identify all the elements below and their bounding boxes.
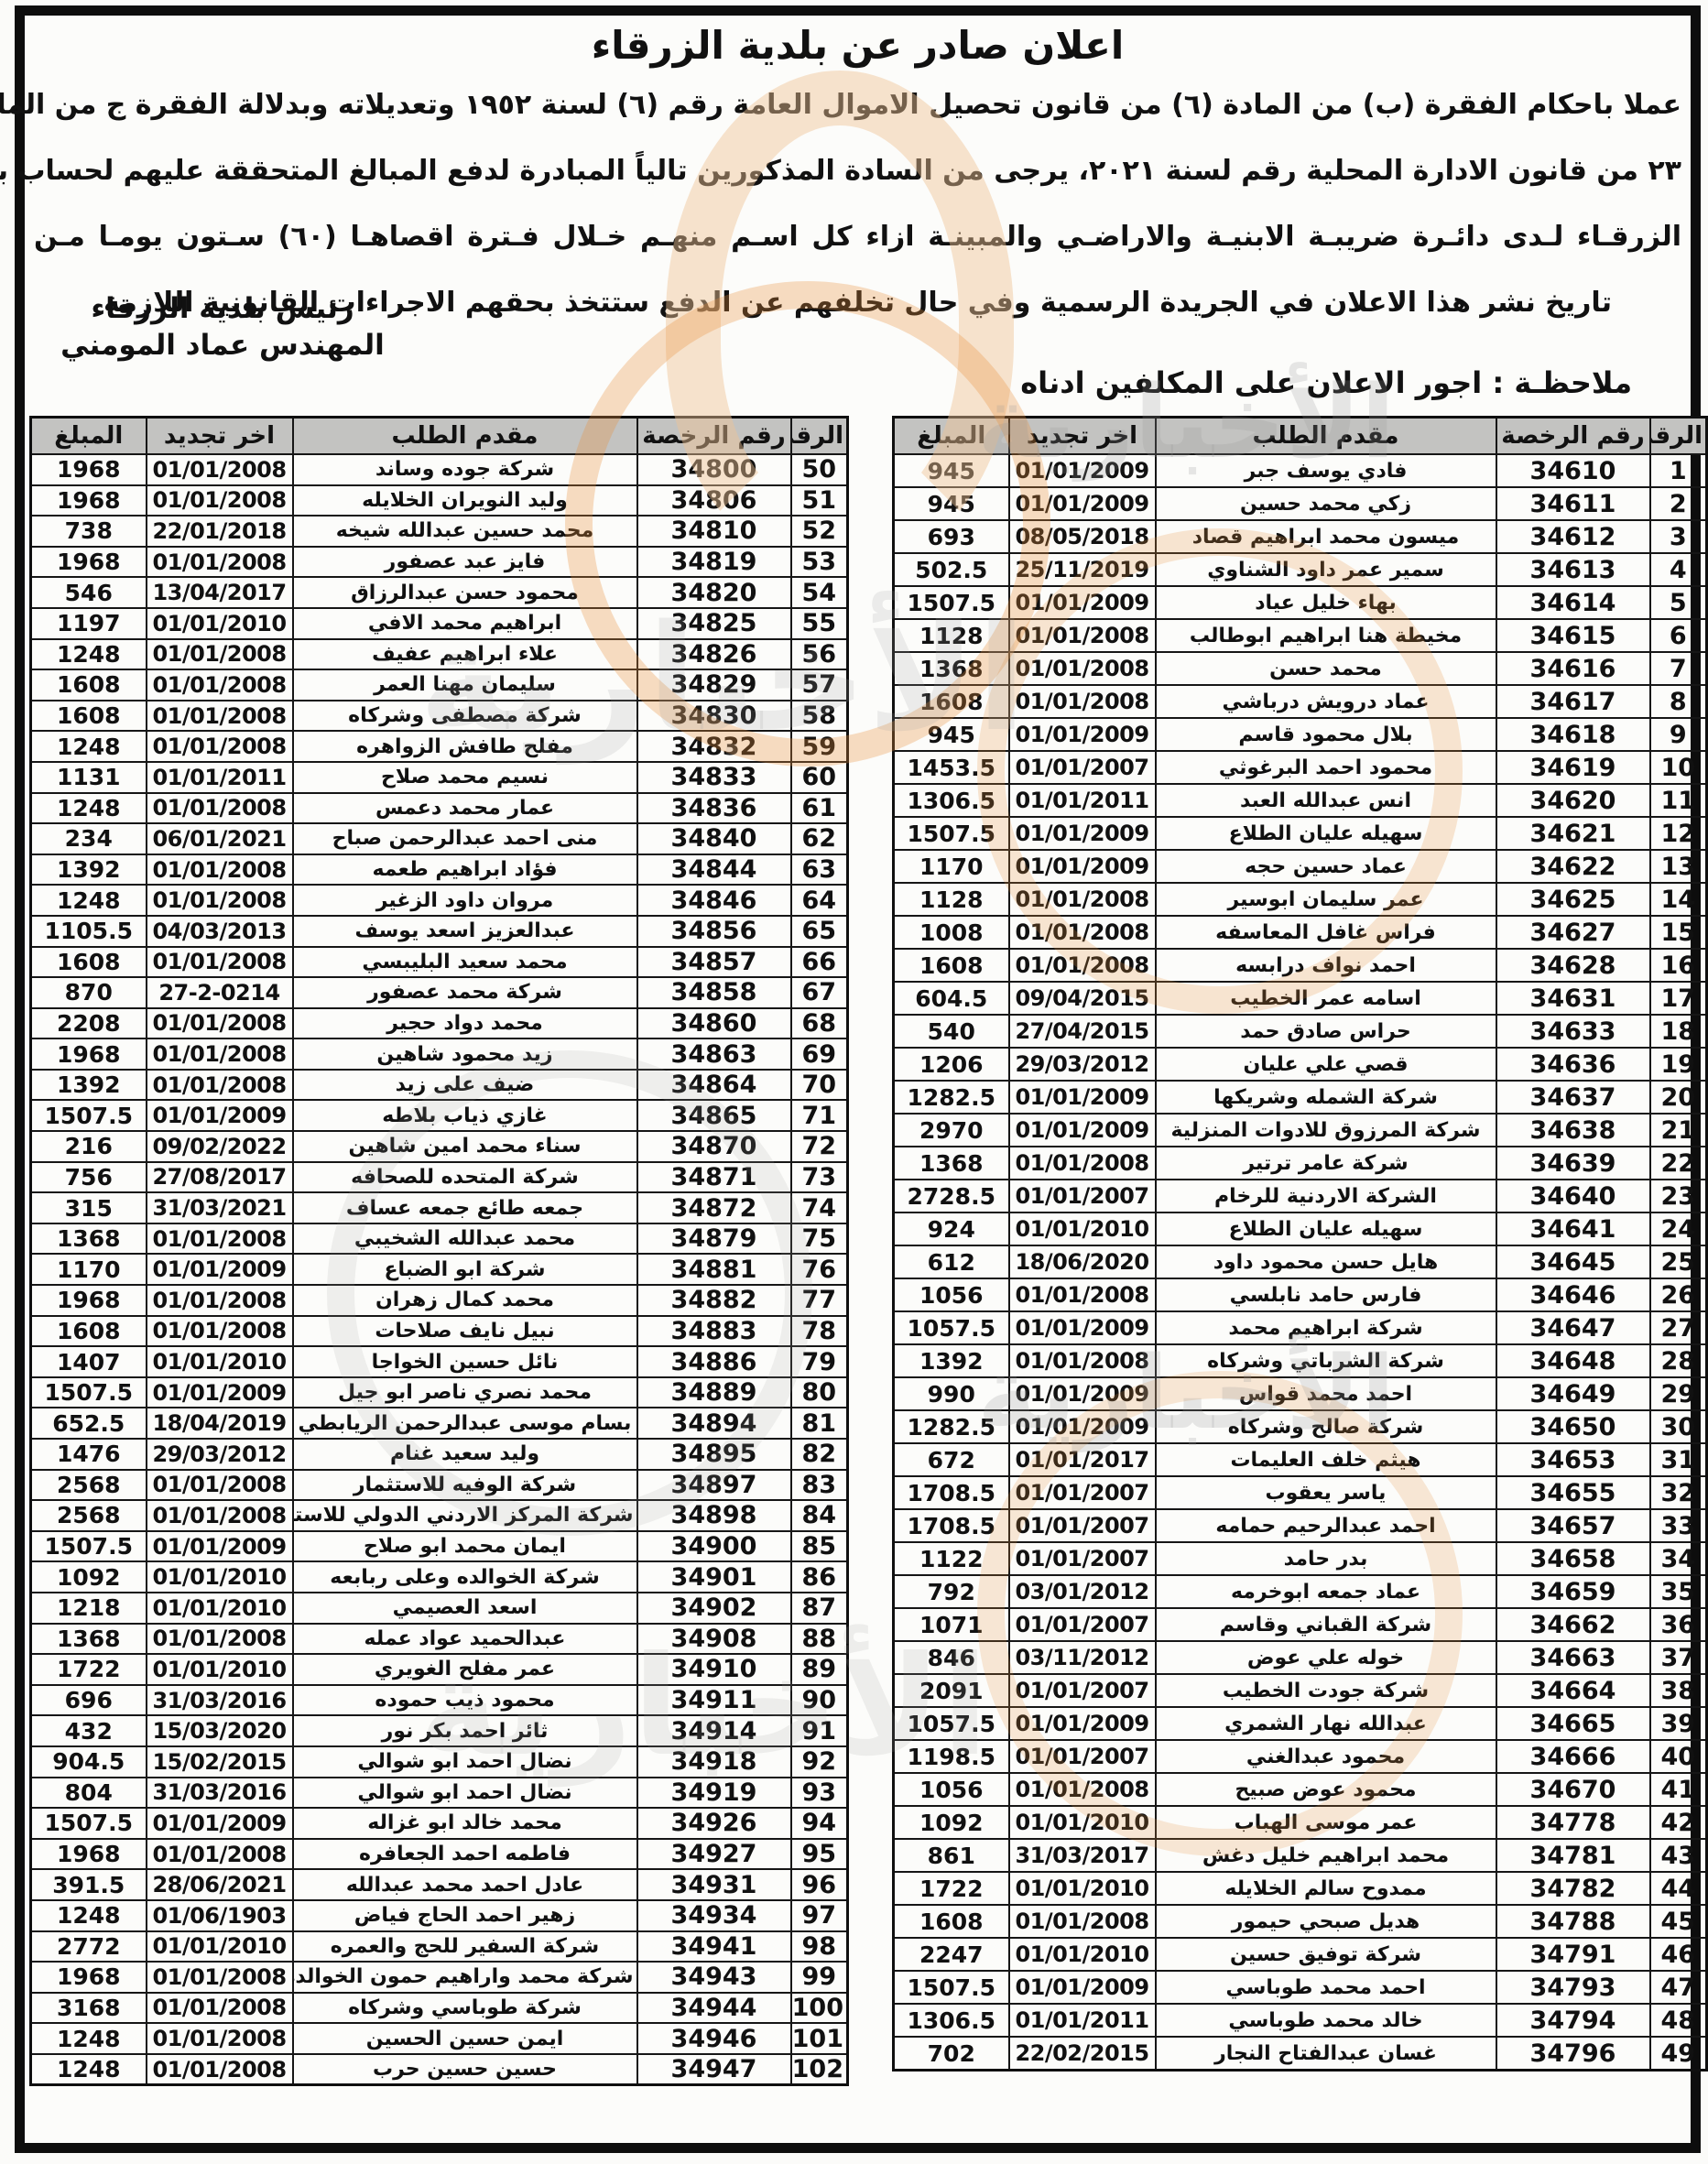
row-number: 10 (1650, 751, 1707, 784)
license-number: 34619 (1496, 751, 1650, 784)
license-number: 34943 (637, 1962, 791, 1993)
table-row: 10034944شركة طوباسي وشركاه01/01/20083168 (31, 1993, 848, 2024)
applicant-name: محمد خالد ابو غزاله (293, 1808, 637, 1839)
applicant-name: شركة مصطفى وشركاه (293, 701, 637, 732)
license-number: 34889 (637, 1377, 791, 1408)
row-number: 37 (1650, 1641, 1707, 1674)
table-row: 5834830شركة مصطفى وشركاه01/01/20081608 (31, 701, 848, 732)
applicant-name: فادي يوسف جبر (1156, 454, 1496, 487)
amount: 1008 (894, 916, 1009, 949)
row-number: 14 (1650, 883, 1707, 916)
amount: 502.5 (894, 553, 1009, 586)
col-header-number: الرقم (1650, 418, 1707, 455)
table-row: 4234778عمر موسى الهباب01/01/20101092 (894, 1806, 1707, 1839)
amount: 1708.5 (894, 1509, 1009, 1542)
table-row: 1134620انس عبدالله العبد01/01/20111306.5 (894, 784, 1707, 817)
row-number: 44 (1650, 1872, 1707, 1905)
applicant-name: ايمن حسين الحسين (293, 2023, 637, 2054)
last-renewal: 03/01/2012 (1009, 1575, 1156, 1608)
signature-block: رئيس بلدية الزرقاء المهندس عماد المومني (49, 290, 397, 364)
license-number: 34649 (1496, 1377, 1650, 1410)
row-number: 62 (791, 823, 848, 854)
license-number: 34800 (637, 454, 791, 485)
table-row: 6234840منى احمد عبدالرحمن صباح06/01/2021… (31, 823, 848, 854)
row-number: 66 (791, 947, 848, 978)
applicant-name: شركة جوده وساند (293, 454, 637, 485)
amount: 2568 (31, 1470, 147, 1501)
applicant-name: شركة جودت الخطيب (1156, 1674, 1496, 1707)
last-renewal: 01/01/2008 (147, 731, 293, 762)
amount: 1368 (31, 1624, 147, 1655)
applicant-name: محمد عبدالله الشخيبي (293, 1223, 637, 1255)
amount: 1507.5 (894, 586, 1009, 619)
license-number: 34872 (637, 1192, 791, 1223)
last-renewal: 01/01/2009 (147, 1808, 293, 1839)
applicant-name: محمود ذيب حموده (293, 1685, 637, 1716)
table-row: 8734902اسعد العصيمي01/01/20101218 (31, 1593, 848, 1624)
amount: 604.5 (894, 982, 1009, 1015)
amount: 1968 (31, 547, 147, 578)
table-row: 10234947حسين حسين حرب01/01/20081248 (31, 2054, 848, 2085)
row-number: 35 (1650, 1575, 1707, 1608)
applicant-name: زيد محمود شاهين (293, 1039, 637, 1070)
license-number: 34830 (637, 701, 791, 732)
amount: 945 (894, 718, 1009, 751)
applicant-name: هديل صبحي حيمور (1156, 1905, 1496, 1938)
col-header-applicant: مقدم الطلب (293, 418, 637, 455)
table-row: 8134894بسام موسى عبدالرحمن الريابطي18/04… (31, 1408, 848, 1439)
amount: 1722 (31, 1654, 147, 1685)
amount: 1968 (31, 1039, 147, 1070)
table-row: 6634857محمد سعيد البليبسي01/01/20081608 (31, 947, 848, 978)
applicant-name: شركة محمد عصفور (293, 977, 637, 1008)
license-number: 34611 (1496, 487, 1650, 520)
table-row: 2134638شركة المرزوق للادوات المنزلية01/0… (894, 1114, 1707, 1147)
amount: 1507.5 (894, 1971, 1009, 2004)
last-renewal: 09/04/2015 (1009, 982, 1156, 1015)
page-border: الأخبارية الأخبارية الأخبارية الأخبارية … (15, 5, 1701, 2153)
row-number: 98 (791, 1931, 848, 1963)
amount: 1722 (894, 1872, 1009, 1905)
applicant-name: شركة ابو الضباع (293, 1254, 637, 1285)
table-row: 9934943شركة محمد واراهيم حمون الخوالده01… (31, 1962, 848, 1993)
note-line: ملاحظـة : اجور الاعلان على المكلفين ادنا… (1020, 365, 1632, 400)
license-number: 34640 (1496, 1180, 1650, 1212)
row-number: 49 (1650, 2037, 1707, 2071)
license-number: 34622 (1496, 850, 1650, 883)
license-number: 34882 (637, 1285, 791, 1316)
license-number: 34832 (637, 731, 791, 762)
row-number: 9 (1650, 718, 1707, 751)
row-number: 7 (1650, 652, 1707, 685)
applicant-name: عمر سليمان ابوسير (1156, 883, 1496, 916)
applicant-name: منى احمد عبدالرحمن صباح (293, 823, 637, 854)
last-renewal: 08/05/2018 (1009, 520, 1156, 553)
last-renewal: 15/02/2015 (147, 1746, 293, 1778)
applicant-name: نائل حسين الخواجا (293, 1346, 637, 1377)
table-row: 2034637شركة الشمله وشريكها01/01/20091282… (894, 1081, 1707, 1114)
license-number: 34919 (637, 1778, 791, 1809)
last-renewal: 01/01/2008 (147, 885, 293, 916)
row-number: 73 (791, 1162, 848, 1193)
table-row: 9034911محمود ذيب حموده31/03/2016696 (31, 1685, 848, 1716)
amount: 1608 (894, 1905, 1009, 1938)
amount: 1197 (31, 608, 147, 639)
applicant-name: فارس حامد نابلسي (1156, 1278, 1496, 1311)
last-renewal: 01/01/2008 (1009, 949, 1156, 982)
last-renewal: 01/01/2007 (1009, 1608, 1156, 1641)
amount: 1608 (31, 1316, 147, 1347)
row-number: 83 (791, 1470, 848, 1501)
applicant-name: حسين حسين حرب (293, 2054, 637, 2085)
license-number: 34900 (637, 1531, 791, 1562)
table-row: 1034619محمود احمد البرغوثي01/01/20071453… (894, 751, 1707, 784)
applicant-name: احمد نواف درابسه (1156, 949, 1496, 982)
last-renewal: 01/01/2008 (147, 1993, 293, 2024)
table-row: 9234918نضال احمد ابو شوالي15/02/2015904.… (31, 1746, 848, 1778)
col-header-license: رقم الرخصة (1496, 418, 1650, 455)
last-renewal: 01/01/2008 (147, 2054, 293, 2085)
license-number: 34806 (637, 485, 791, 517)
row-number: 12 (1650, 817, 1707, 850)
last-renewal: 01/01/2010 (147, 1654, 293, 1685)
row-number: 71 (791, 1100, 848, 1131)
table-row: 3734663خوله علي عوض03/11/2012846 (894, 1641, 1707, 1674)
last-renewal: 01/01/2008 (147, 1008, 293, 1039)
applicant-name: سمير عمر داود الشناوي (1156, 553, 1496, 586)
amount: 1608 (894, 949, 1009, 982)
last-renewal: 01/01/2010 (147, 1931, 293, 1963)
amount: 696 (31, 1685, 147, 1716)
body-line: ٢٣ من قانون الادارة المحلية رقم لسنة ٢٠٢… (34, 138, 1681, 204)
amount: 1056 (894, 1773, 1009, 1806)
applicant-name: عمار محمد دعمس (293, 793, 637, 824)
last-renewal: 18/06/2020 (1009, 1245, 1156, 1278)
last-renewal: 06/01/2021 (147, 823, 293, 854)
amount: 216 (31, 1131, 147, 1162)
license-number: 34625 (1496, 883, 1650, 916)
applicant-name: حراس صادق حمد (1156, 1015, 1496, 1048)
applicant-name: محمد ابراهيم خليل دغش (1156, 1839, 1496, 1872)
table-row: 7634881شركة ابو الضباع01/01/20091170 (31, 1254, 848, 1285)
table-row: 2834648شركة الشرباتي وشركاه01/01/2008139… (894, 1344, 1707, 1377)
last-renewal: 01/01/2008 (147, 547, 293, 578)
applicant-name: ياسر يعقوب (1156, 1476, 1496, 1509)
row-number: 6 (1650, 619, 1707, 652)
applicant-name: عمر موسى الهباب (1156, 1806, 1496, 1839)
applicant-name: شركة الشرباتي وشركاه (1156, 1344, 1496, 1377)
table-row: 3834664شركة جودت الخطيب01/01/20072091 (894, 1674, 1707, 1707)
amount: 1248 (31, 2023, 147, 2054)
applicant-name: شركة السفير للحج والعمره (293, 1931, 637, 1963)
row-number: 88 (791, 1624, 848, 1655)
row-number: 15 (1650, 916, 1707, 949)
last-renewal: 31/03/2016 (147, 1685, 293, 1716)
license-number: 34908 (637, 1624, 791, 1655)
license-number: 34826 (637, 639, 791, 670)
last-renewal: 13/04/2017 (147, 577, 293, 608)
row-number: 99 (791, 1962, 848, 1993)
table-row: 4634791شركة توفيق حسين01/01/20102247 (894, 1938, 1707, 1971)
applicant-name: نضال احمد ابو شوالي (293, 1746, 637, 1778)
amount: 1968 (31, 1962, 147, 1993)
last-renewal: 31/03/2021 (147, 1192, 293, 1223)
last-renewal: 01/01/2008 (147, 669, 293, 701)
table-row: 3134653هيثم خلف العليمات01/01/2017672 (894, 1443, 1707, 1476)
applicant-name: شركة المتحده للصحافه (293, 1162, 637, 1193)
license-number: 34833 (637, 762, 791, 793)
signature-name: المهندس عماد المومني (49, 327, 397, 364)
table-row: 534614بهاء خليل عياد01/01/20091507.5 (894, 586, 1707, 619)
row-number: 57 (791, 669, 848, 701)
row-number: 1 (1650, 454, 1707, 487)
last-renewal: 01/06/1903 (147, 1900, 293, 1931)
table-row: 9734934زهير احمد الحاج فياض01/06/1903124… (31, 1900, 848, 1931)
row-number: 17 (1650, 982, 1707, 1015)
table-row: 4934796غسان عبدالفتاح النجار22/02/201570… (894, 2037, 1707, 2071)
applicant-name: بسام موسى عبدالرحمن الريابطي (293, 1408, 637, 1439)
row-number: 86 (791, 1561, 848, 1593)
row-number: 38 (1650, 1674, 1707, 1707)
license-number: 34659 (1496, 1575, 1650, 1608)
table-row: 2734647شركة ابراهيم محمد01/01/20091057.5 (894, 1311, 1707, 1344)
table-row: 1334622عماد حسين حجه01/01/20091170 (894, 850, 1707, 883)
amount: 672 (894, 1443, 1009, 1476)
row-number: 100 (791, 1993, 848, 2024)
table-row: 6434846مروان داود الزغير01/01/20081248 (31, 885, 848, 916)
last-renewal: 01/01/2010 (147, 1561, 293, 1593)
last-renewal: 01/01/2009 (1009, 718, 1156, 751)
row-number: 89 (791, 1654, 848, 1685)
row-number: 40 (1650, 1740, 1707, 1773)
applicant-name: مفلح طافش الزواهره (293, 731, 637, 762)
last-renewal: 01/01/2007 (1009, 1542, 1156, 1575)
table-row: 7734882محمد كمال زهران01/01/20081968 (31, 1285, 848, 1316)
applicant-name: مروان داود الزغير (293, 885, 637, 916)
table-row: 8234895وليد سعيد غنام29/03/20121476 (31, 1439, 848, 1470)
row-number: 94 (791, 1808, 848, 1839)
last-renewal: 01/01/2011 (1009, 784, 1156, 817)
table-row: 1634628احمد نواف درابسه01/01/20081608 (894, 949, 1707, 982)
table-row: 3934665عبدالله نهار الشمري01/01/20091057… (894, 1707, 1707, 1740)
applicant-name: احمد عبدالرحيم حمامه (1156, 1509, 1496, 1542)
license-number: 34793 (1496, 1971, 1650, 2004)
license-number: 34778 (1496, 1806, 1650, 1839)
license-number: 34871 (637, 1162, 791, 1193)
row-number: 28 (1650, 1344, 1707, 1377)
row-number: 3 (1650, 520, 1707, 553)
amount: 1170 (894, 850, 1009, 883)
last-renewal: 01/01/2009 (1009, 1410, 1156, 1443)
amount: 693 (894, 520, 1009, 553)
table-row: 3534659عماد جمعه ابوخرمه03/01/2012792 (894, 1575, 1707, 1608)
license-number: 34794 (1496, 2004, 1650, 2037)
applicant-name: زهير احمد الحاج فياض (293, 1900, 637, 1931)
applicant-name: سهيله عليان الطلاع (1156, 817, 1496, 850)
amount: 1368 (31, 1223, 147, 1255)
last-renewal: 01/01/2009 (1009, 454, 1156, 487)
row-number: 58 (791, 701, 848, 732)
row-number: 67 (791, 977, 848, 1008)
last-renewal: 15/03/2020 (147, 1715, 293, 1746)
last-renewal: 31/03/2017 (1009, 1839, 1156, 1872)
col-header-number: الرقم (791, 418, 848, 455)
row-number: 60 (791, 762, 848, 793)
amount: 1608 (894, 685, 1009, 718)
applicant-name: احمد محمد قواس (1156, 1377, 1496, 1410)
amount: 1128 (894, 883, 1009, 916)
last-renewal: 01/01/2007 (1009, 751, 1156, 784)
license-number: 34617 (1496, 685, 1650, 718)
table-row: 7334871شركة المتحده للصحافه27/08/2017756 (31, 1162, 848, 1193)
amount: 2728.5 (894, 1180, 1009, 1212)
applicant-name: خالد محمد طوباسي (1156, 2004, 1496, 2037)
license-number: 34856 (637, 916, 791, 947)
amount: 1476 (31, 1439, 147, 1470)
table-row: 5634826علاء ابراهيم عفيف01/01/20081248 (31, 639, 848, 670)
license-number: 34621 (1496, 817, 1650, 850)
table-left: الرقم رقم الرخصة مقدم الطلب اخر تجديد ال… (32, 416, 849, 2086)
last-renewal: 01/01/2009 (147, 1100, 293, 1131)
last-renewal: 01/01/2008 (1009, 916, 1156, 949)
row-number: 93 (791, 1778, 848, 1809)
row-number: 42 (1650, 1806, 1707, 1839)
row-number: 70 (791, 1070, 848, 1101)
table-row: 3334657احمد عبدالرحيم حمامه01/01/2007170… (894, 1509, 1707, 1542)
row-number: 81 (791, 1408, 848, 1439)
license-number: 34612 (1496, 520, 1650, 553)
last-renewal: 01/01/2007 (1009, 1740, 1156, 1773)
table-row: 8934910عمر مفلح الغويري01/01/20101722 (31, 1654, 848, 1685)
amount: 1608 (31, 947, 147, 978)
table-row: 6834860محمد دواد حجير01/01/20082208 (31, 1008, 848, 1039)
license-number: 34646 (1496, 1278, 1650, 1311)
row-number: 21 (1650, 1114, 1707, 1147)
license-number: 34670 (1496, 1773, 1650, 1806)
last-renewal: 01/01/2017 (1009, 1443, 1156, 1476)
amount: 3168 (31, 1993, 147, 2024)
table-row: 5134806وليد النويران الخلايله01/01/20081… (31, 485, 848, 517)
amount: 2970 (894, 1114, 1009, 1147)
license-number: 34819 (637, 547, 791, 578)
applicant-name: مخيطة هنا ابراهيم ابوطالب (1156, 619, 1496, 652)
applicant-name: ضيف على زيد (293, 1070, 637, 1101)
last-renewal: 01/01/2007 (1009, 1509, 1156, 1542)
license-number: 34782 (1496, 1872, 1650, 1905)
last-renewal: 01/01/2011 (147, 762, 293, 793)
amount: 990 (894, 1377, 1009, 1410)
amount: 1306.5 (894, 784, 1009, 817)
last-renewal: 01/01/2008 (1009, 1278, 1156, 1311)
applicant-name: عبدالحميد عواد عمله (293, 1624, 637, 1655)
row-number: 45 (1650, 1905, 1707, 1938)
license-number: 34931 (637, 1869, 791, 1900)
table-row: 6134836عمار محمد دعمس01/01/20081248 (31, 793, 848, 824)
license-number: 34844 (637, 854, 791, 886)
last-renewal: 01/01/2008 (147, 854, 293, 886)
table-row: 3234655ياسر يعقوب01/01/20071708.5 (894, 1476, 1707, 1509)
last-renewal: 01/01/2009 (1009, 1707, 1156, 1740)
applicant-name: بلال محمود قاسم (1156, 718, 1496, 751)
amount: 2247 (894, 1938, 1009, 1971)
table-row: 9634931عادل احمد محمد عبدالله28/06/20213… (31, 1869, 848, 1900)
table-row: 4034666محمود عبدالغني01/01/20071198.5 (894, 1740, 1707, 1773)
table-row: 334612ميسون محمد ابراهيم قصاد08/05/20186… (894, 520, 1707, 553)
applicant-name: فؤاد ابراهيم طعمه (293, 854, 637, 886)
amount: 1218 (31, 1593, 147, 1624)
signature-title: رئيس بلدية الزرقاء (49, 290, 397, 327)
table-row: 4734793احمد محمد طوباسي01/01/20091507.5 (894, 1971, 1707, 2004)
table-row: 4334781محمد ابراهيم خليل دغش31/03/201786… (894, 1839, 1707, 1872)
table-row: 10134946ايمن حسين الحسين01/01/20081248 (31, 2023, 848, 2054)
amount: 1968 (31, 1839, 147, 1870)
table-right: الرقم رقم الرخصة مقدم الطلب اخر تجديد ال… (895, 416, 1708, 2072)
table-row: 5334819فايز عبد عصفور01/01/20081968 (31, 547, 848, 578)
license-number: 34840 (637, 823, 791, 854)
last-renewal: 01/01/2010 (147, 608, 293, 639)
row-number: 27 (1650, 1311, 1707, 1344)
table-row: 8034889محمد نصري ناصر ابو جيل01/01/20091… (31, 1377, 848, 1408)
table-row: 1534627فراس غافل المعاسفه01/01/20081008 (894, 916, 1707, 949)
table-row: 3034650شركة صالح وشركاه01/01/20091282.5 (894, 1410, 1707, 1443)
col-header-amount: المبلغ (894, 418, 1009, 455)
last-renewal: 01/01/2009 (1009, 1311, 1156, 1344)
last-renewal: 01/01/2009 (1009, 1081, 1156, 1114)
amount: 1507.5 (31, 1100, 147, 1131)
amount: 1507.5 (31, 1531, 147, 1562)
applicant-name: اسامه عمر الخطيب (1156, 982, 1496, 1015)
applicant-name: ثائر احمد بكر نور (293, 1715, 637, 1746)
amount: 1248 (31, 1900, 147, 1931)
amount: 945 (894, 454, 1009, 487)
license-number: 34627 (1496, 916, 1650, 949)
last-renewal: 01/01/2009 (1009, 1971, 1156, 2004)
table-row: 5734829سليمان مهنا العمر01/01/20081608 (31, 669, 848, 701)
last-renewal: 01/01/2008 (1009, 619, 1156, 652)
license-number: 34796 (1496, 2037, 1650, 2071)
last-renewal: 27/08/2017 (147, 1162, 293, 1193)
amount: 1248 (31, 793, 147, 824)
table-row: 8534900ايمان محمد ابو صلاح01/01/20091507… (31, 1531, 848, 1562)
amount: 924 (894, 1212, 1009, 1245)
amount: 1392 (31, 854, 147, 886)
row-number: 97 (791, 1900, 848, 1931)
last-renewal: 29/03/2012 (147, 1439, 293, 1470)
table-row: 1434625عمر سليمان ابوسير01/01/20081128 (894, 883, 1707, 916)
amount: 1092 (894, 1806, 1009, 1839)
table-row: 934618بلال محمود قاسم01/01/2009945 (894, 718, 1707, 751)
license-number: 34870 (637, 1131, 791, 1162)
license-number: 34944 (637, 1993, 791, 2024)
license-number: 34628 (1496, 949, 1650, 982)
row-number: 46 (1650, 1938, 1707, 1971)
license-number: 34941 (637, 1931, 791, 1963)
amount: 1105.5 (31, 916, 147, 947)
amount: 1968 (31, 454, 147, 485)
applicant-name: نضال احمد ابو شوالي (293, 1778, 637, 1809)
col-header-license: رقم الرخصة (637, 418, 791, 455)
last-renewal: 01/01/2008 (147, 947, 293, 978)
amount: 792 (894, 1575, 1009, 1608)
amount: 1368 (894, 652, 1009, 685)
table-row: 6534856عبدالعزيز اسعد يوسف04/03/20131105… (31, 916, 848, 947)
license-number: 34926 (637, 1808, 791, 1839)
amount: 652.5 (31, 1408, 147, 1439)
applicant-name: ممدوح سالم الخلايله (1156, 1872, 1496, 1905)
applicant-name: محمد حسن (1156, 652, 1496, 685)
row-number: 39 (1650, 1707, 1707, 1740)
applicant-name: عبدالله نهار الشمري (1156, 1707, 1496, 1740)
